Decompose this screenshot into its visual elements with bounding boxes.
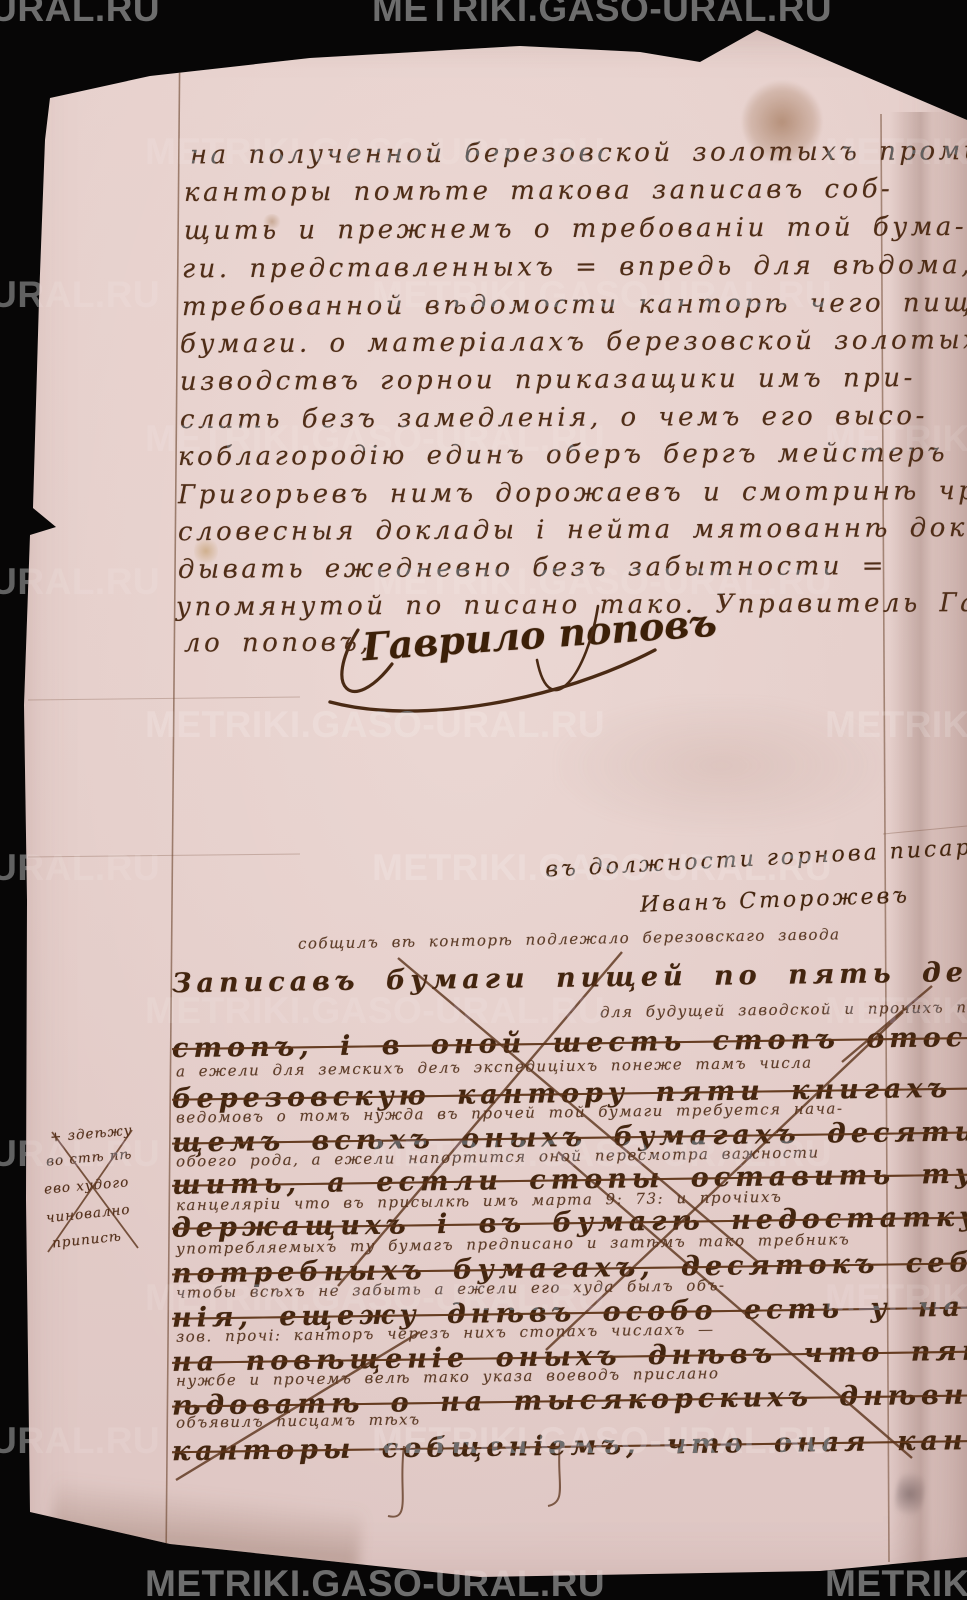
main-paragraph-line: упомянутой по писано тако. Управитель Га… [176, 588, 967, 623]
draft-line: канторы собщеніемъ, что оная кантора [172, 1424, 967, 1468]
draft-line: для будущей заводской и прочихъ писемъ н… [600, 997, 967, 1022]
main-paragraph-line: щить и прежнемъ о требованіи той бума- [184, 212, 967, 246]
main-paragraph-line: канторы помѣте такова записавъ соб- [184, 174, 893, 208]
main-paragraph-line: Григорьевъ нимъ дорожаевъ и смотринѣ чре… [178, 476, 967, 510]
margin-note-line: + здеѣжу [49, 1122, 133, 1145]
main-paragraph-line: бумаги. о матеріалахъ березовской золоты… [180, 325, 967, 360]
site-watermark-text: METRIKI.GASO-URAL.RU [0, 0, 160, 30]
clerk-line: Иванъ Сторожевъ [640, 883, 911, 917]
main-paragraph-line: ги. представленныхъ = впредь для вѣдома,… [182, 250, 967, 285]
main-paragraph-line: требованной вѣдомости канторѣ чего пищей [182, 288, 967, 322]
main-paragraph-line: коблагородію единъ оберъ бергъ мейстеръ [178, 438, 948, 472]
site-watermark-text: METRIKI.GASO-URAL.RU [0, 0, 160, 30]
clerk-line: собщилъ вѣ конторѣ подлежало березовскаг… [298, 925, 841, 952]
main-paragraph-line: дывать ежедневно безъ забытности = [178, 551, 887, 585]
margin-note-line: ево худого [43, 1174, 129, 1197]
main-paragraph-line: словесныя доклады і нейта мятованнѣ докл… [178, 513, 967, 547]
handwriting-layer: Гаврило поповъ на полученной березовской… [0, 0, 967, 1600]
draft-line: объявилъ писцамъ тѣхъ [176, 1410, 421, 1431]
site-watermark-text: METRIKI.GASO-URAL.RU [372, 0, 832, 30]
margin-note-line: во стѣ пѣ [45, 1146, 133, 1169]
main-paragraph-line: изводствъ горнои приказащики имъ при- [180, 363, 916, 397]
clerk-line: въ должности горнова писаря [545, 834, 967, 882]
main-paragraph-line: слать безъ замедленія, о чемъ его высо- [180, 401, 928, 435]
main-paragraph-line: ло поповъ, [184, 628, 372, 659]
margin-note-line: приписѣ [51, 1228, 122, 1251]
site-watermark-text: METRIKI.GASO-URAL.RU [825, 1563, 967, 1600]
margin-note-line: чиновално [45, 1202, 131, 1227]
manuscript-page: Гаврило поповъ на полученной березовской… [0, 0, 967, 1600]
site-watermark-text: METRIKI.GASO-URAL.RU [825, 1563, 967, 1600]
main-paragraph-line: на полученной березовской золотыхъ промы… [190, 136, 967, 171]
draft-line: Записавъ бумаги пищей по пять десять [172, 956, 967, 1000]
site-watermark-text: METRIKI.GASO-URAL.RU [372, 0, 832, 30]
archival-scan: Гаврило поповъ на полученной березовской… [0, 0, 967, 1600]
